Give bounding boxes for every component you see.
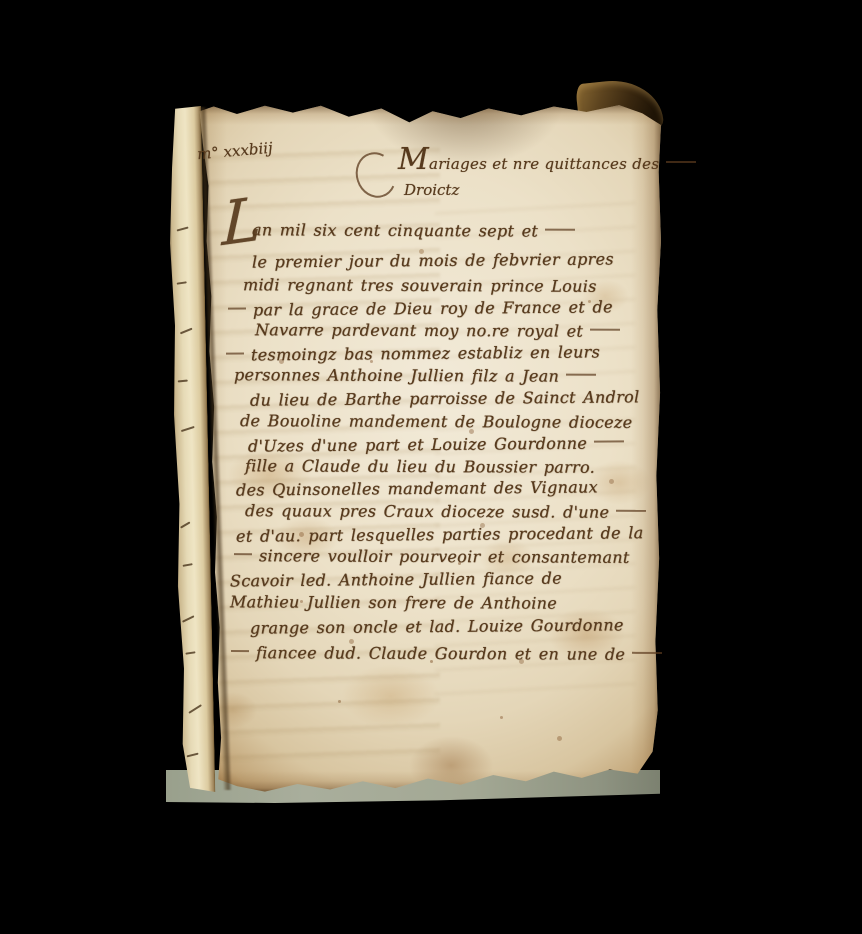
manuscript-line: par la grace de Dieu roy de France et de: [228, 297, 613, 319]
manuscript-line: des quaux pres Craux dioceze susd. d'une: [245, 501, 646, 522]
manuscript-line: fille a Claude du lieu du Boussier parro…: [245, 456, 595, 477]
manuscript-line: le premier jour du mois de febvrier apre…: [252, 249, 614, 271]
manuscript-line: Navarre pardevant moy no.re royal et: [255, 320, 620, 341]
manuscript-line: d'Uzes d'une part et Louize Gourdonne: [248, 433, 624, 455]
manuscript-line: de Bouoline mandement de Boulogne diocez…: [240, 411, 632, 432]
manuscript-line: des Quinsonelles mandemant des Vignaux: [236, 477, 598, 499]
manuscript-line: fiancee dud. Claude Gourdon et en une de: [231, 643, 662, 664]
manuscript-line: et d'au. part lesquelles parties proceda…: [236, 523, 644, 546]
manuscript-line: du lieu de Barthe parroisse de Sainct An…: [250, 387, 640, 409]
paraph-flourish-mark: [350, 147, 402, 203]
heading-line-2: Droictz: [404, 181, 459, 199]
manuscript-line: tesmoingz bas nommez establiz en leurs: [226, 342, 600, 364]
heading-line-1: Mariages et nre quittances des: [398, 153, 696, 173]
handwriting-layer: m° xxxbiij Mariages et nre quittances de…: [0, 0, 862, 934]
manuscript-line: grange son oncle et lad. Louize Gourdonn…: [250, 615, 624, 637]
photo-canvas: m° xxxbiij Mariages et nre quittances de…: [0, 0, 862, 934]
manuscript-line: personnes Anthoine Jullien filz a Jean: [234, 365, 596, 386]
folio-number: m° xxxbiij: [196, 139, 273, 164]
manuscript-line: Scavoir led. Anthoine Jullien fiance de: [230, 569, 562, 591]
manuscript-line: an mil six cent cinquante sept et: [252, 220, 575, 240]
manuscript-line: Mathieu Jullien son frere de Anthoine: [230, 592, 557, 612]
manuscript-line: sincere voulloir pourveoir et consantema…: [234, 546, 630, 567]
manuscript-line: midi regnant tres souverain prince Louis: [243, 275, 597, 296]
